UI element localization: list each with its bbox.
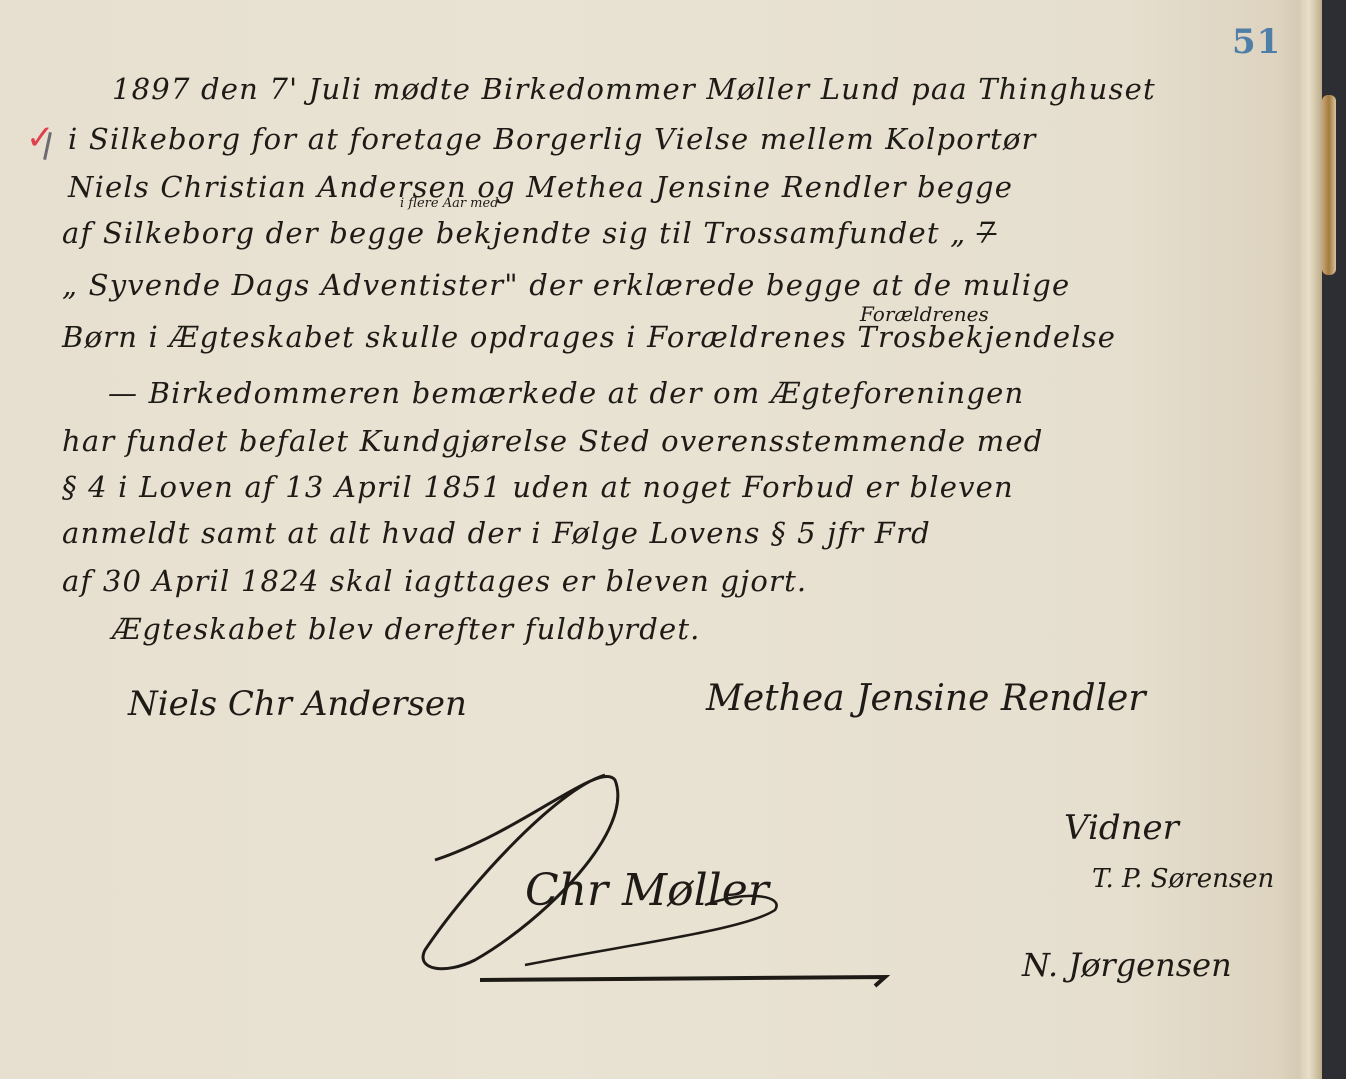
witness-label: Vidner xyxy=(1064,808,1179,848)
official-signature-text: Chr Møller xyxy=(525,865,769,916)
text-line-3: Niels Christian Andersen og Methea Jensi… xyxy=(68,170,1013,204)
page-number: 51 xyxy=(1232,22,1281,62)
text-line-6: Børn i Ægteskabet skulle opdrages i Foræ… xyxy=(62,320,1116,354)
groom-signature: Niels Chr Andersen xyxy=(128,684,467,724)
text-line-4-main: af Silkeborg der begge bekjendte sig til… xyxy=(62,216,966,250)
bride-signature: Methea Jensine Rendler xyxy=(706,678,1146,719)
text-line-11: af 30 April 1824 skal iagttages er bleve… xyxy=(62,564,807,598)
struck-word: 7 xyxy=(977,216,997,250)
text-line-1: 1897 den 7' Juli mødte Birkedommer Mølle… xyxy=(112,72,1156,106)
text-line-8: har fundet befalet Kundgjørelse Sted ove… xyxy=(62,424,1043,458)
page-edge xyxy=(1300,0,1322,1079)
text-line-10: anmeldt samt at alt hvad der i Følge Lov… xyxy=(62,516,931,550)
text-line-2: i Silkeborg for at foretage Borgerlig Vi… xyxy=(68,122,1037,156)
witness-1-signature: T. P. Sørensen xyxy=(1092,864,1274,894)
text-line-5: „ Syvende Dags Adventister" der erklæred… xyxy=(62,268,1070,302)
text-line-4: af Silkeborg der begge bekjendte sig til… xyxy=(62,216,996,250)
ledger-page: 51 ✓ 1897 den 7' Juli mødte Birkedommer … xyxy=(0,0,1318,1079)
interlinear-insertion-1: i flere Aar med xyxy=(400,196,499,211)
text-line-12: Ægteskabet blev derefter fuldbyrdet. xyxy=(112,612,701,646)
text-line-7: — Birkedommeren bemærkede at der om Ægte… xyxy=(108,376,1024,410)
official-signature: Chr Møller xyxy=(405,770,905,1000)
paper-stain xyxy=(1322,95,1336,275)
text-line-9: § 4 i Loven af 13 April 1851 uden at nog… xyxy=(62,470,1014,504)
witness-2-signature: N. Jørgensen xyxy=(1022,946,1232,984)
